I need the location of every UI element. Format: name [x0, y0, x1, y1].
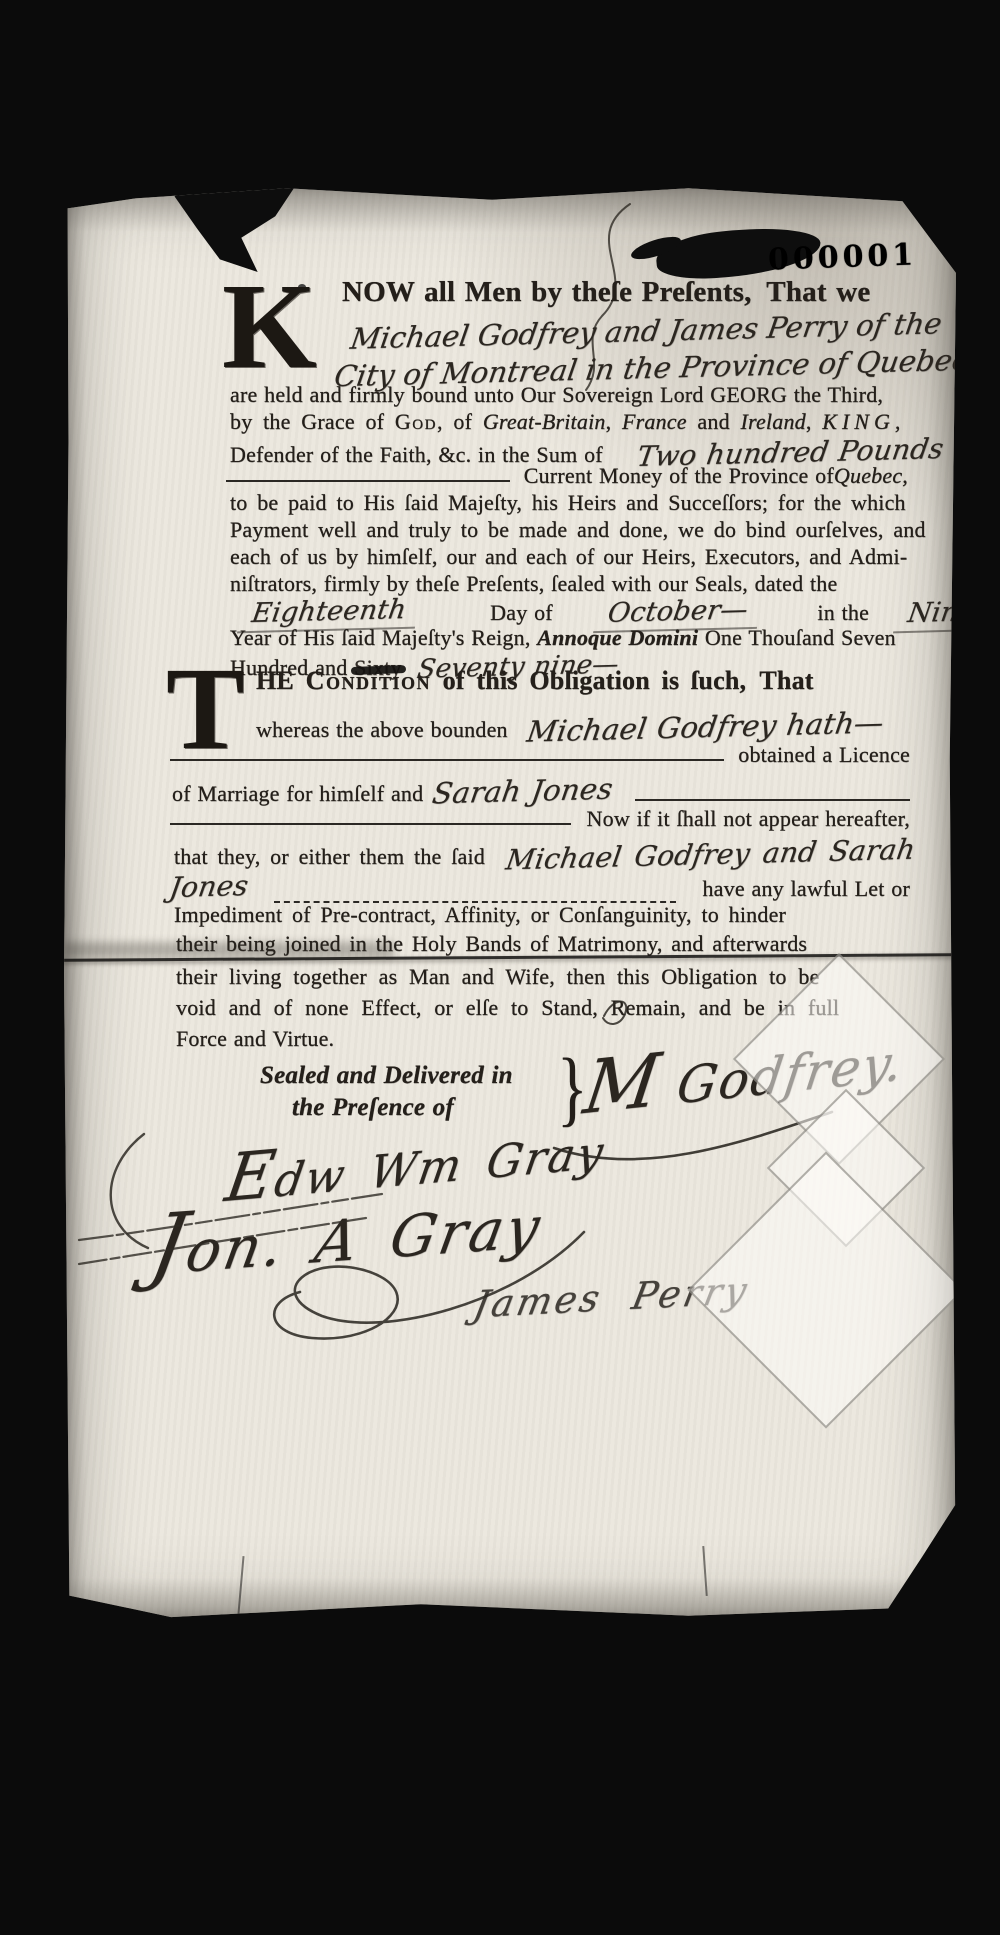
text-segment: of Marriage for himſelf and	[172, 781, 423, 807]
text-segment: obtained a Licence	[738, 742, 910, 768]
bond-line-nistrators: niſtrators, firmly by theſe Preſents, ſe…	[230, 571, 837, 597]
condition-line-lawful: Jones have any lawful Let or	[170, 870, 910, 903]
document-page: 000001 K NOW all Men by theſe Preſents, …	[64, 184, 956, 1620]
text-segment-quebec: Quebec,	[834, 463, 908, 489]
bond-opening-line: NOW all Men by theſe Preſents, That we	[342, 276, 870, 309]
blank-rule	[226, 470, 510, 482]
text-segment: ,	[606, 409, 622, 434]
text-segment-great-britain: Great-Britain	[483, 409, 606, 434]
condition-line-impediment: Impediment of Pre-contract, Affinity, or…	[174, 902, 786, 928]
blank-rule	[635, 789, 910, 801]
bond-line-grace: by the Grace of God, of Great-Britain, F…	[230, 409, 905, 435]
blank-rule	[170, 749, 724, 761]
text-segment: Now if it ſhall not appear hereafter,	[587, 806, 910, 832]
paper-crack-1	[237, 1556, 244, 1614]
handwritten-regnal-year: Nineteenth	[893, 594, 956, 634]
text-segment-ireland: Ireland	[741, 409, 806, 434]
bond-line-heirs: each of us by himſelf, our and each of o…	[230, 544, 907, 570]
text-segment: ,	[806, 409, 822, 434]
film-frame-number-stamp: 000001	[767, 237, 917, 277]
condition-line-obtained: obtained a Licence	[170, 742, 910, 768]
handwritten-parties-1: Michael Godfrey and James Perry of the	[352, 314, 940, 348]
text-segment: Year of His ſaid Majeſty's Reign,	[230, 625, 537, 650]
text-segment-king: KING,	[822, 409, 905, 434]
condition-heading: HE Condition of this Obligation is ſuch,…	[256, 666, 814, 696]
bond-line-year: Year of His ſaid Majeſty's Reign, Annoqu…	[230, 625, 896, 651]
paper-crack-2	[702, 1546, 707, 1596]
text-segment: by the Grace of	[230, 409, 395, 434]
text-segment: Current Money of the Province of	[524, 463, 834, 489]
condition-line-marriage: of Marriage for himſelf and Sarah Jones	[172, 774, 910, 808]
condition-line-whereas: whereas the above bounden Michael Godfre…	[256, 710, 883, 744]
text-segment-condition: Condition	[306, 666, 431, 695]
text-segment-annoque-domini: Annoque Domini	[537, 625, 698, 650]
handwritten-bride: Sarah Jones	[430, 772, 615, 811]
label-in-the: in the	[817, 600, 869, 625]
text-segment: that they, or either them the ſaid	[174, 844, 495, 869]
condition-line-now: Now if it ſhall not appear hereafter,	[170, 806, 910, 832]
text-segment: , of	[437, 409, 483, 434]
label-day-of: Day of	[490, 600, 553, 625]
text-segment: and	[687, 409, 741, 434]
bond-line-paid: to be paid to His ſaid Majeſty, his Heir…	[230, 490, 906, 516]
bond-line-payment: Payment well and truly to be made and do…	[230, 517, 926, 543]
text-segment: have any lawful Let or	[702, 876, 910, 902]
condition-line-that-they: that they, or either them the ſaid Micha…	[174, 838, 914, 871]
text-segment: HE	[256, 666, 306, 695]
text-segment-god: God	[395, 409, 437, 434]
bond-line-bound: are held and firmly bound unto Our Sover…	[230, 382, 883, 408]
text-segment-france: France	[622, 409, 687, 434]
dropcap-k: K	[222, 278, 317, 376]
text-segment: One Thouſand Seven	[698, 625, 896, 650]
blank-rule	[170, 813, 571, 825]
bond-line-current: Current Money of the Province of Quebec,	[226, 463, 908, 489]
text-segment: whereas the above bounden	[256, 717, 514, 742]
film-background: 000001 K NOW all Men by theſe Preſents, …	[0, 0, 1000, 1935]
handwritten-couple-2: Jones	[167, 869, 250, 904]
fold-smudge	[64, 942, 394, 958]
handwritten-parties-2: City of Montreal in the Province of Queb…	[336, 351, 956, 385]
text-segment: of this Obligation is ſuch, That	[431, 666, 814, 695]
